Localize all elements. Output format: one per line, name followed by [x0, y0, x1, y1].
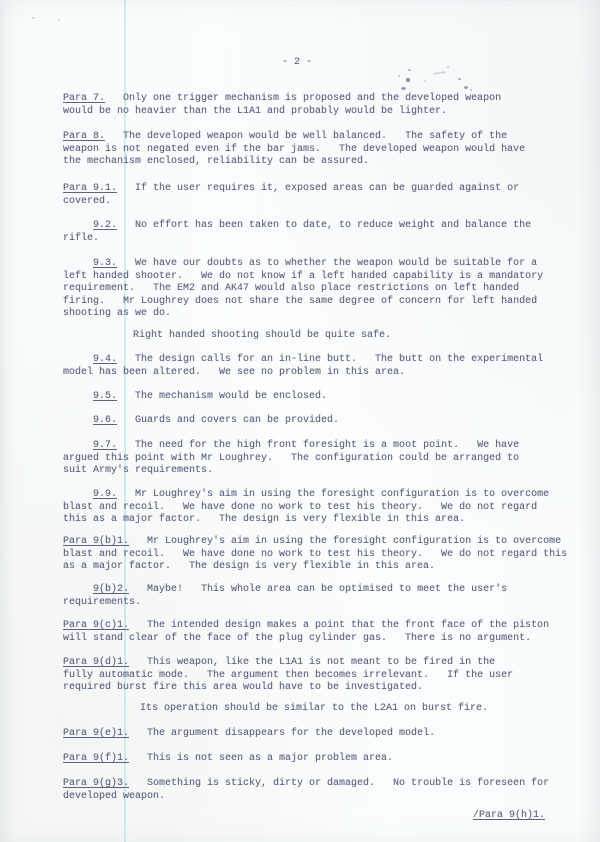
paragraph-body: If the user requires it, exposed areas c… [63, 183, 519, 207]
paragraph-body: This is not seen as a major problem area… [129, 753, 393, 764]
paragraph-body: Its operation should be similar to the L… [140, 703, 488, 714]
paragraph-number-label: 9.7. [93, 440, 117, 451]
paragraph-body: Guards and covers can be provided. [117, 415, 339, 426]
ink-speck [401, 87, 406, 90]
paragraph-number-label: 9.3. [93, 258, 117, 269]
paragraph-body: Right handed shooting should be quite sa… [133, 330, 391, 341]
ink-speck [32, 17, 35, 19]
paragraph-number-label: Para 9(b)1. [63, 536, 129, 547]
paragraph-body: The design calls for an in-line butt. Th… [63, 354, 543, 378]
paragraph-body: This weapon, like the L1A1 is not meant … [63, 657, 513, 693]
paragraph-number-label: Para 7. [63, 93, 105, 104]
paragraph-body: No effort has been taken to date, to red… [63, 220, 531, 244]
ink-speck [424, 80, 426, 82]
paragraph-body: Only one trigger mechanism is proposed a… [63, 93, 501, 117]
paragraph-para-9g3: Para 9(g)3. Something is sticky, dirty o… [63, 778, 590, 803]
paragraph-number-label: Para 9(f)1. [63, 753, 129, 764]
paragraph-9-2: 9.2. No effort has been taken to date, t… [63, 220, 590, 245]
ink-speck [398, 75, 400, 77]
paragraph-9-9: 9.9. Mr Loughrey's aim in using the fore… [63, 489, 590, 527]
paragraph-9b2: 9(b)2. Maybe! This whole area can be opt… [63, 584, 590, 609]
paragraph-body: The intended design makes a point that t… [63, 620, 549, 644]
ink-speck [58, 19, 60, 21]
paragraph-right-handed-note: Right handed shooting should be quite sa… [63, 330, 590, 343]
paragraph-body: Maybe! This whole area can be optimised … [63, 584, 507, 608]
paragraph-number-label: 9.6. [93, 415, 117, 426]
paragraph-9-3: 9.3. We have our doubts as to whether th… [63, 258, 590, 321]
paragraph-para-9d1: Para 9(d)1. This weapon, like the L1A1 i… [63, 657, 590, 695]
paragraph-9-7: 9.7. The need for the high front foresig… [63, 440, 590, 478]
paragraph-number-label: Para 9(e)1. [63, 728, 129, 739]
page-number: - 2 - [0, 57, 594, 70]
paragraph-number-label: Para 9(d)1. [63, 657, 129, 668]
paragraph-para-8: Para 8. The developed weapon would be we… [63, 131, 590, 169]
paragraph-body: Mr Loughrey's aim in using the foresight… [63, 536, 567, 572]
paragraph-body: The mechanism would be enclosed. [117, 391, 327, 402]
paragraph-number-label: Para 9.1. [63, 183, 117, 194]
paragraph-body: Something is sticky, dirty or damaged. N… [63, 778, 549, 802]
paragraph-number-label: 9.2. [93, 220, 117, 231]
document-page: - 2 - Para 7. Only one trigger mechanism… [0, 0, 600, 842]
paragraph-9-5: 9.5. The mechanism would be enclosed. [63, 391, 590, 404]
paragraph-body: The need for the high front foresight is… [63, 440, 519, 476]
paragraph-body: The developed weapon would be well balan… [63, 131, 525, 167]
paragraph-number-label: 9.9. [93, 489, 117, 500]
ink-smudge [433, 71, 446, 74]
paragraph-para-9e1: Para 9(e)1. The argument disappears for … [63, 728, 590, 741]
paragraph-9-4: 9.4. The design calls for an in-line but… [63, 354, 590, 379]
paragraph-body: We have our doubts as to whether the wea… [63, 258, 543, 319]
paragraph-number-label: Para 9(c)1. [63, 620, 129, 631]
catchword-label: /Para 9(h)1. [473, 810, 545, 821]
paragraph-body: Mr Loughrey's aim in using the foresight… [63, 489, 549, 525]
ink-speck [464, 86, 468, 89]
paragraph-number-label: Para 8. [63, 131, 105, 142]
paragraph-9-6: 9.6. Guards and covers can be provided. [63, 415, 590, 428]
paragraph-number-label: 9.4. [93, 354, 117, 365]
paragraph-para-9b1: Para 9(b)1. Mr Loughrey's aim in using t… [63, 536, 590, 574]
catchword-next-page: /Para 9(h)1. [473, 810, 593, 823]
paragraph-para-7: Para 7. Only one trigger mechanism is pr… [63, 93, 590, 118]
paragraph-number-label: 9.5. [93, 391, 117, 402]
paragraph-body: The argument disappears for the develope… [129, 728, 435, 739]
ink-speck [458, 78, 461, 80]
ink-speck [406, 78, 410, 82]
paragraph-para-9f1: Para 9(f)1. This is not seen as a major … [63, 753, 590, 766]
paragraph-para-9c1: Para 9(c)1. The intended design makes a … [63, 620, 590, 645]
paragraph-number-label: Para 9(g)3. [63, 778, 129, 789]
paragraph-its-operation-note: Its operation should be similar to the L… [63, 703, 590, 716]
paragraph-para-9-1: Para 9.1. If the user requires it, expos… [63, 183, 590, 208]
paragraph-number-label: 9(b)2. [93, 584, 129, 595]
ink-speck [470, 89, 472, 91]
